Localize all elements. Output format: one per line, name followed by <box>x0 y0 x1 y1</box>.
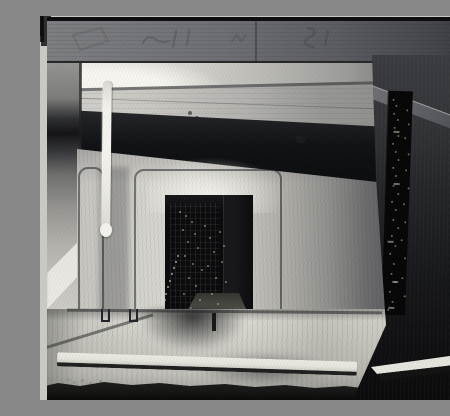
panel-foot-mark <box>101 309 110 322</box>
cardboard-crumbs <box>55 379 58 382</box>
panel-foot-mark <box>129 309 138 322</box>
cardboard-dimple <box>188 111 192 115</box>
corner-pole-tip <box>100 223 112 237</box>
doorway-cast-shadow <box>143 309 243 349</box>
floor-peg <box>212 313 216 331</box>
slit-glint-dashes <box>393 131 399 133</box>
photo-frame <box>47 17 450 400</box>
glint-dot-trail <box>177 255 179 257</box>
corner-pole-highlight <box>101 81 112 229</box>
wall-panel-outline-left <box>78 167 104 323</box>
photograph <box>40 16 450 400</box>
doorway-opening <box>165 195 253 325</box>
right-wall-textured-slit <box>380 91 413 316</box>
glint-speckles <box>179 211 181 213</box>
slit-glint-speckles <box>393 99 395 101</box>
